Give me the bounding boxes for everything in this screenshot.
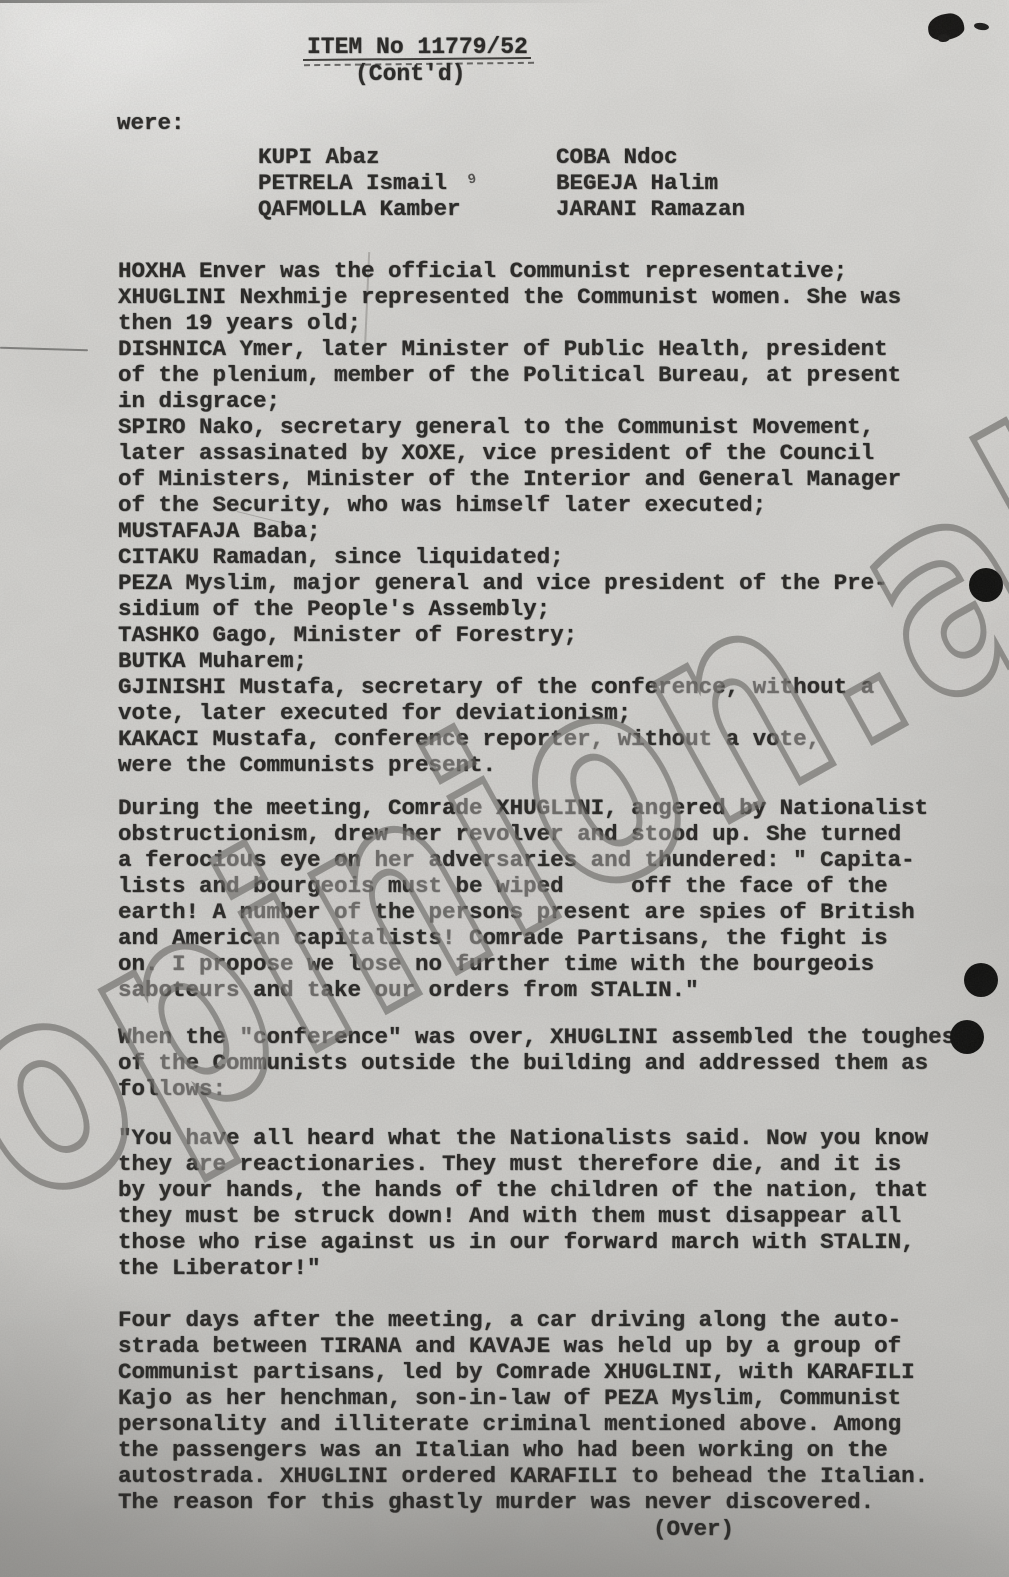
punch-hole-dot — [950, 1020, 984, 1054]
attendee-name: KUPI Abaz — [258, 144, 380, 170]
item-number-heading: ITEM No 11779/52 — [307, 34, 528, 60]
punch-hole-dot — [969, 568, 1003, 602]
were-label: were: — [117, 110, 185, 136]
attendee-name: JARANI Ramazan — [556, 196, 745, 222]
attendee-name: BEGEJA Halim — [556, 170, 718, 196]
attendee-name: PETRELA Ismail — [258, 170, 447, 196]
attendee-name: QAFMOLLA Kamber — [258, 196, 461, 222]
stray-typed-mark: 9 — [466, 171, 478, 188]
ink-dash-mark — [974, 22, 990, 31]
scanned-document-page: ITEM No 11779/52 (Cont'd) were: KUPI Aba… — [0, 0, 1009, 1577]
contd-label: (Cont'd) — [355, 61, 465, 87]
body-paragraph-autostrada: Four days after the meeting, a car drivi… — [118, 1307, 928, 1515]
ink-blotch-tail — [938, 34, 950, 42]
punch-hole-dot — [964, 963, 998, 997]
over-label: (Over) — [653, 1516, 734, 1542]
attendee-name: COBA Ndoc — [556, 144, 678, 170]
scan-edge-artifact — [0, 0, 620, 3]
pencil-mark — [0, 347, 88, 351]
